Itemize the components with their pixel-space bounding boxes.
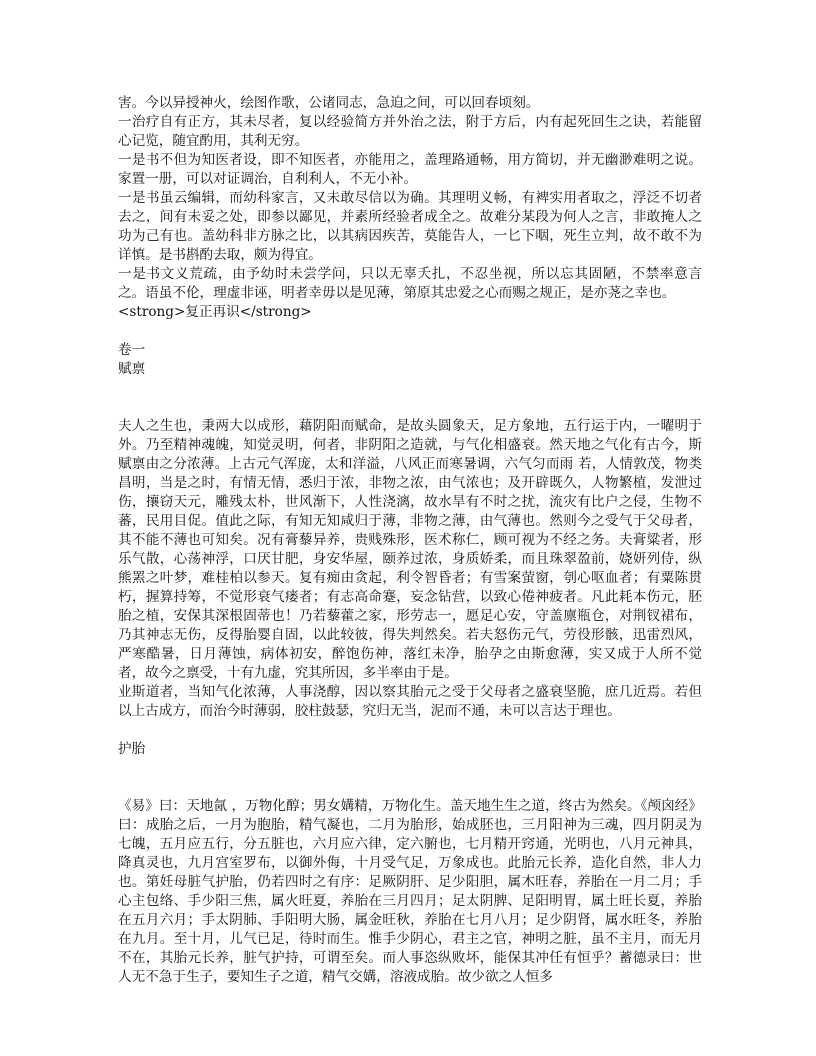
section-title-fubing: 赋禀	[118, 360, 702, 379]
document-page: 害。今以异授神火，绘图作歌，公诸同志，急迫之间，可以回春顷刻。 一治疗自有正方，…	[118, 94, 702, 987]
section-paragraph: 夫人之生也，秉两大以成形，藉阴阳而赋命，是故头圆象天，足方象地，五行运于内，一曜…	[118, 417, 702, 683]
spacer	[118, 322, 702, 341]
preface-paragraph: 一治疗自有正方，其未尽者，复以经验简方并外治之法，附于方后，内有起死回生之诀，若…	[118, 113, 702, 151]
preface-paragraph: 一是书虽云编辑，而幼科家言，又未敢尽信以为确。其理明义畅，有裨实用者取之，浮泛不…	[118, 189, 702, 265]
spacer	[118, 379, 702, 417]
preface-paragraph: 害。今以异授神火，绘图作歌，公诸同志，急迫之间，可以回春顷刻。	[118, 94, 702, 113]
spacer	[118, 759, 702, 797]
section-title-hutai: 护胎	[118, 740, 702, 759]
volume-title: 卷一	[118, 341, 702, 360]
preface-paragraph: 一是书文义荒疏，由予幼时未尝学问，只以无辜夭扎，不忍坐视，所以忘其固陋，不禁率意…	[118, 265, 702, 303]
preface-paragraph: 一是书不但为知医者设，即不知医者，亦能用之，盖理路通畅，用方简切，并无幽渺难明之…	[118, 151, 702, 189]
section-paragraph: 《易》曰：天地氤 ，万物化醇；男女媾精，万物化生。盖天地生生之道，终古为然矣。《…	[118, 797, 702, 987]
section-paragraph: 业斯道者，当知气化浓薄，人事浇醇，因以察其胎元之受于父母者之盛衰坚脆，庶几近焉。…	[118, 683, 702, 721]
spacer	[118, 721, 702, 740]
preface-signature: <strong>复正再识</strong>	[118, 303, 702, 322]
